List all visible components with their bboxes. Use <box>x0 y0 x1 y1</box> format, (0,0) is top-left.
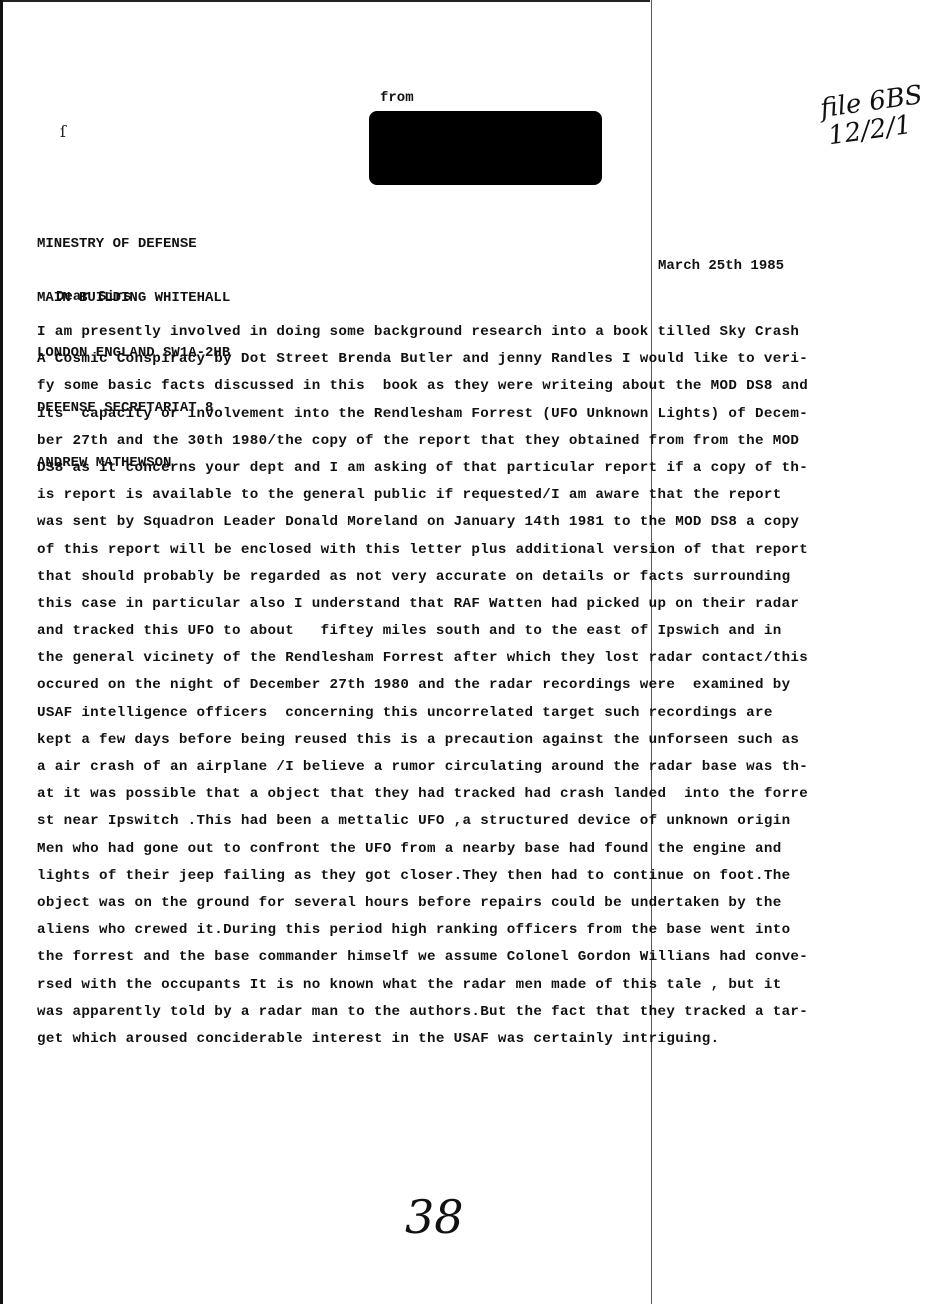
body-line: that should probably be regarded as not … <box>37 564 897 591</box>
body-line: A Cosmic Conspiracy by Dot Street Brenda… <box>37 346 897 373</box>
body-line: was sent by Squadron Leader Donald Morel… <box>37 509 897 536</box>
sender-redaction-block <box>369 111 602 185</box>
body-line: USAF intelligence officers concerning th… <box>37 700 897 727</box>
body-line: ber 27th and the 30th 1980/the copy of t… <box>37 428 897 455</box>
body-line: rsed with the occupants It is no known w… <box>37 972 897 999</box>
body-line: of this report will be enclosed with thi… <box>37 537 897 564</box>
handwritten-page-number: 38 <box>405 1190 464 1244</box>
stray-pen-mark: ſ <box>60 122 66 141</box>
body-line: I am presently involved in doing some ba… <box>37 319 897 346</box>
body-line: DS8 as it concerns your dept and I am as… <box>37 455 897 482</box>
scan-top-edge <box>0 0 650 2</box>
body-line: occured on the night of December 27th 19… <box>37 672 897 699</box>
body-line: and tracked this UFO to about fiftey mil… <box>37 618 897 645</box>
body-line: kept a few days before being reused this… <box>37 727 897 754</box>
letter-date: March 25th 1985 <box>658 258 784 274</box>
body-line: Men who had gone out to confront the UFO… <box>37 836 897 863</box>
body-line: was apparently told by a radar man to th… <box>37 999 897 1026</box>
letter-body: I am presently involved in doing some ba… <box>37 319 897 1053</box>
body-line: at it was possible that a object that th… <box>37 781 897 808</box>
body-line: this case in particular also I understan… <box>37 591 897 618</box>
scan-left-edge <box>0 0 3 1304</box>
salutation: Dear Sirs <box>56 289 132 305</box>
from-label: from <box>380 90 414 106</box>
body-line: aliens who crewed it.During this period … <box>37 917 897 944</box>
handwritten-file-reference: file 6BS 12/2/1 <box>819 81 926 151</box>
body-line: lights of their jeep failing as they got… <box>37 863 897 890</box>
body-line: fy some basic facts discussed in this bo… <box>37 373 897 400</box>
recipient-line: MINESTRY OF DEFENSE <box>37 235 230 253</box>
body-line: the general vicinety of the Rendlesham F… <box>37 645 897 672</box>
body-line: st near Ipswitch .This had been a mettal… <box>37 808 897 835</box>
body-line: object was on the ground for several hou… <box>37 890 897 917</box>
body-line: is report is available to the general pu… <box>37 482 897 509</box>
body-line: a air crash of an airplane /I believe a … <box>37 754 897 781</box>
body-line: the forrest and the base commander himse… <box>37 944 897 971</box>
body-line: get which aroused conciderable interest … <box>37 1026 897 1053</box>
body-line: its capacity or involvement into the Ren… <box>37 401 897 428</box>
letter-page: ſ from file 6BS 12/2/1 MINESTRY OF DEFEN… <box>0 0 926 1304</box>
